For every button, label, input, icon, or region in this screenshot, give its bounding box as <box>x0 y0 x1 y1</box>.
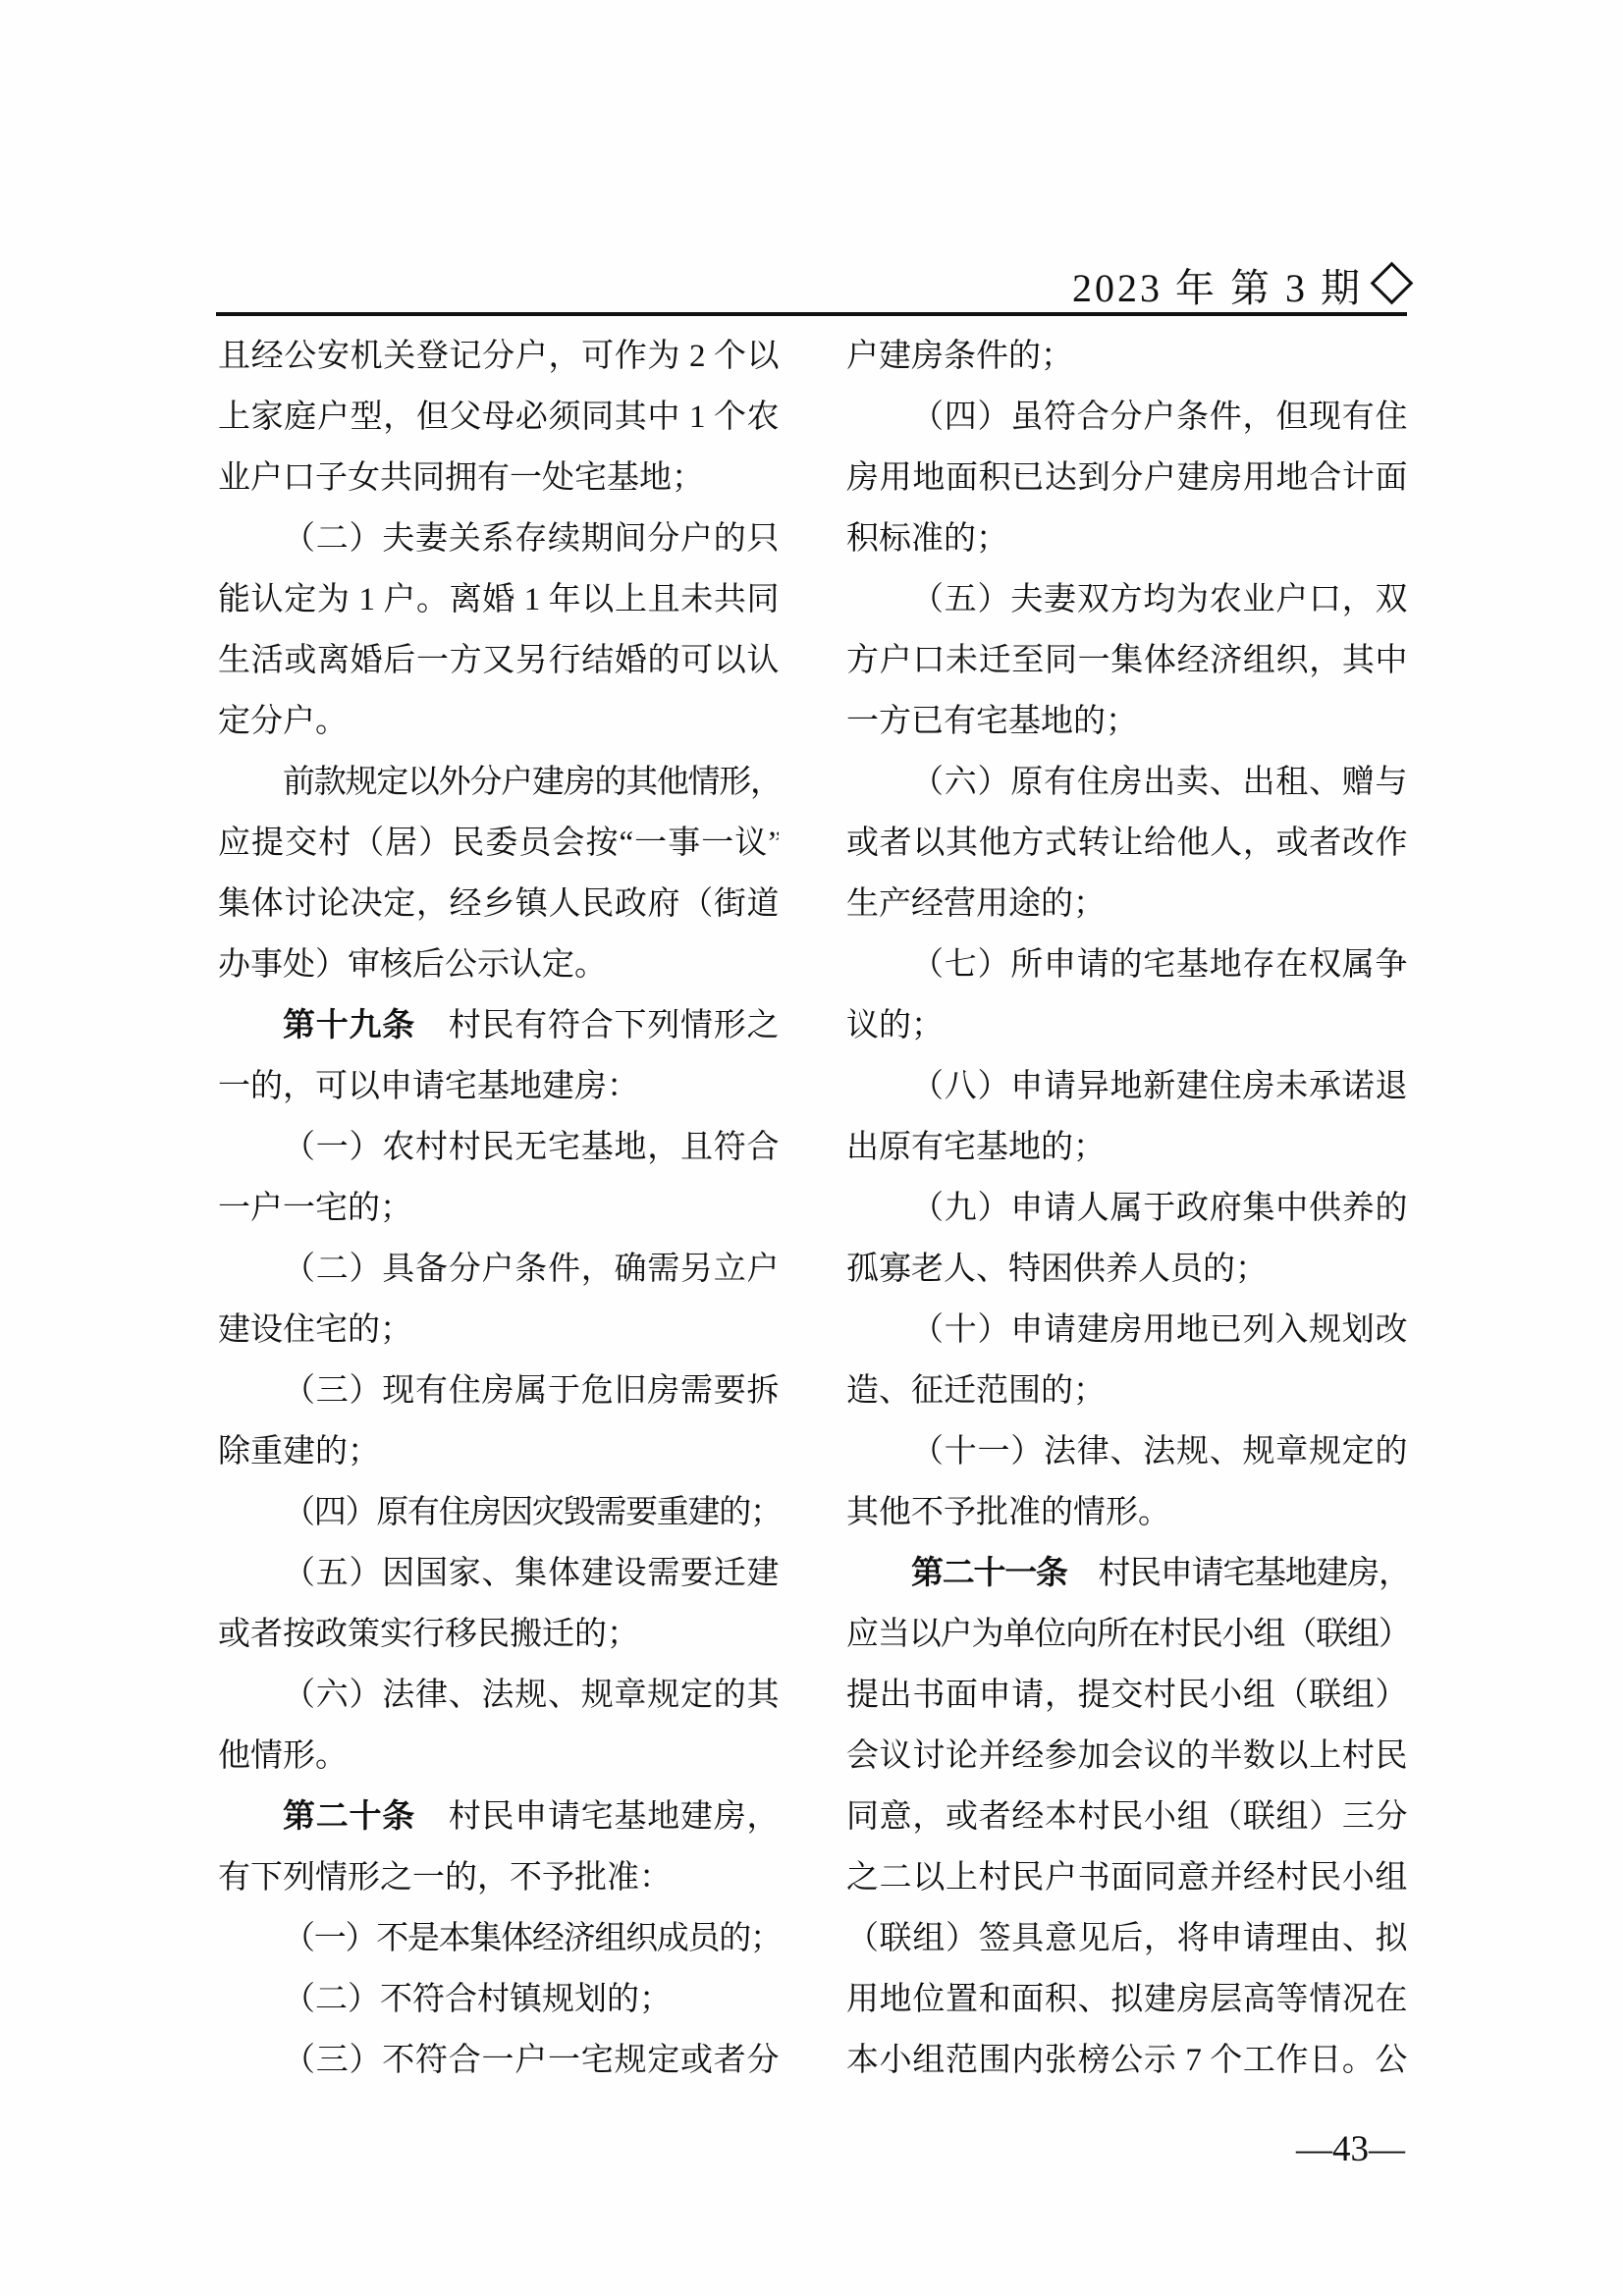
text-line: 应提交村（居）民委员会按“一事一议” <box>218 813 779 874</box>
text-line: （九）申请人属于政府集中供养的 <box>846 1178 1407 1239</box>
text-line: 积标准的； <box>846 508 1407 569</box>
text-line: （一）不是本集体经济组织成员的； <box>218 1908 779 1969</box>
text-line: 办事处）审核后公示认定。 <box>218 934 779 995</box>
text-line: 会议讨论并经参加会议的半数以上村民 <box>846 1726 1407 1787</box>
article-number: 第十九条 <box>283 1008 415 1043</box>
text-line: 前款规定以外分户建房的其他情形， <box>218 752 779 813</box>
text-line: 一的，可以申请宅基地建房： <box>218 1056 779 1117</box>
text-line: 户建房条件的； <box>846 326 1407 387</box>
text-line: 或者按政策实行移民搬迁的； <box>218 1604 779 1665</box>
text-line: 议的； <box>846 995 1407 1056</box>
text-line: （十一）法律、法规、规章规定的 <box>846 1421 1407 1482</box>
text-line: 生活或离婚后一方又另行结婚的可以认 <box>218 630 779 691</box>
text-line: 应当以户为单位向所在村民小组（联组） <box>846 1604 1407 1665</box>
text-line: （六）原有住房出卖、出租、赠与 <box>846 752 1407 813</box>
text-line: 第十九条 村民有符合下列情形之 <box>218 995 779 1056</box>
document-page: 2023 年 第 3 期 且经公安机关登记分户，可作为 2 个以上家庭户型，但父… <box>0 0 1623 2296</box>
text-line: 且经公安机关登记分户，可作为 2 个以 <box>218 326 779 387</box>
text-line: 用地位置和面积、拟建房层高等情况在 <box>846 1969 1407 2030</box>
left-column: 且经公安机关登记分户，可作为 2 个以上家庭户型，但父母必须同其中 1 个农业户… <box>218 326 779 2091</box>
text-line: 业户口子女共同拥有一处宅基地； <box>218 448 779 508</box>
text-line: 或者以其他方式转让给他人，或者改作 <box>846 813 1407 874</box>
text-line: 集体讨论决定，经乡镇人民政府（街道 <box>218 874 779 934</box>
text-line: 建设住宅的； <box>218 1300 779 1361</box>
header-rule <box>216 312 1407 316</box>
page-number: —43— <box>1296 2128 1405 2170</box>
article-number: 第二十一条 <box>911 1556 1067 1591</box>
text-line: （五）因国家、集体建设需要迁建 <box>218 1543 779 1604</box>
text-line: 之二以上村民户书面同意并经村民小组 <box>846 1847 1407 1908</box>
text-line: 方户口未迁至同一集体经济组织，其中 <box>846 630 1407 691</box>
text-line: 定分户。 <box>218 691 779 752</box>
diamond-icon <box>1371 262 1414 305</box>
text-line: （三）不符合一户一宅规定或者分 <box>218 2030 779 2091</box>
text-line: 出原有宅基地的； <box>846 1117 1407 1178</box>
text-line: （七）所申请的宅基地存在权属争 <box>846 934 1407 995</box>
text-line: 其他不予批准的情形。 <box>846 1482 1407 1543</box>
text-line: 有下列情形之一的，不予批准： <box>218 1847 779 1908</box>
text-line: 孤寡老人、特困供养人员的； <box>846 1239 1407 1300</box>
text-line: （八）申请异地新建住房未承诺退 <box>846 1056 1407 1117</box>
text-line: 房用地面积已达到分户建房用地合计面 <box>846 448 1407 508</box>
text-line: 同意，或者经本村民小组（联组）三分 <box>846 1787 1407 1847</box>
article-number: 第二十条 <box>283 1799 415 1835</box>
text-line: 能认定为 1 户。离婚 1 年以上且未共同 <box>218 569 779 630</box>
text-line: 造、征迁范围的； <box>846 1361 1407 1421</box>
text-line: （二）夫妻关系存续期间分户的只 <box>218 508 779 569</box>
masthead: 2023 年 第 3 期 <box>1072 257 1407 313</box>
issue-label: 2023 年 第 3 期 <box>1072 257 1363 313</box>
text-line: 上家庭户型，但父母必须同其中 1 个农 <box>218 387 779 448</box>
text-line: （三）现有住房属于危旧房需要拆 <box>218 1361 779 1421</box>
text-line: 一方已有宅基地的； <box>846 691 1407 752</box>
text-line: 第二十一条 村民申请宅基地建房， <box>846 1543 1407 1604</box>
text-line: （六）法律、法规、规章规定的其 <box>218 1665 779 1726</box>
text-line: （二）具备分户条件，确需另立户 <box>218 1239 779 1300</box>
text-line: 除重建的； <box>218 1421 779 1482</box>
text-line: 提出书面申请，提交村民小组（联组） <box>846 1665 1407 1726</box>
text-line: （一）农村村民无宅基地，且符合 <box>218 1117 779 1178</box>
text-line: （联组）签具意见后，将申请理由、拟 <box>846 1908 1407 1969</box>
text-line: （五）夫妻双方均为农业户口，双 <box>846 569 1407 630</box>
text-line: （四）虽符合分户条件，但现有住 <box>846 387 1407 448</box>
text-line: （二）不符合村镇规划的； <box>218 1969 779 2030</box>
text-line: （十）申请建房用地已列入规划改 <box>846 1300 1407 1361</box>
text-line: 一户一宅的； <box>218 1178 779 1239</box>
text-line: 生产经营用途的； <box>846 874 1407 934</box>
text-line: 第二十条 村民申请宅基地建房， <box>218 1787 779 1847</box>
text-line: （四）原有住房因灾毁需要重建的； <box>218 1482 779 1543</box>
text-line: 本小组范围内张榜公示 7 个工作日。公 <box>846 2030 1407 2091</box>
text-line: 他情形。 <box>218 1726 779 1787</box>
right-column: 户建房条件的；（四）虽符合分户条件，但现有住房用地面积已达到分户建房用地合计面积… <box>846 326 1407 2091</box>
